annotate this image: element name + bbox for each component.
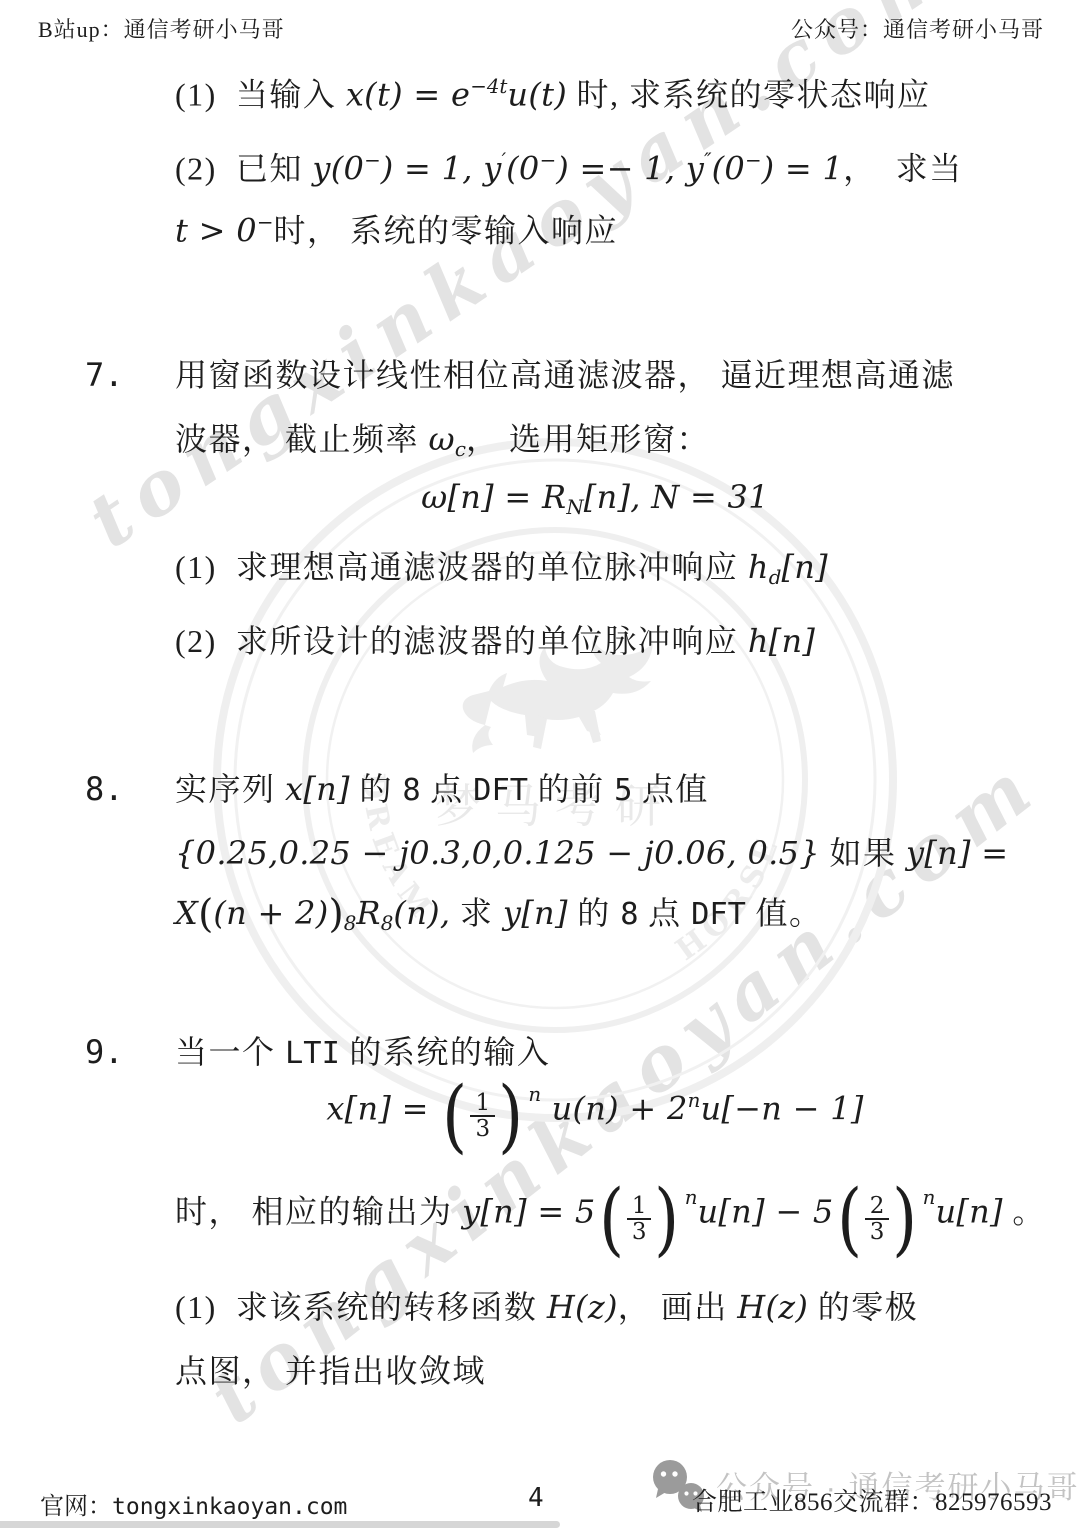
q8-line3: X((n + 2))8R8(n), 求 y[n] 的 8 点 DFT 值。 [175, 890, 822, 941]
q9-formula: x[n] = (13)n u(n) + 2nu[−n − 1] [110, 1082, 1080, 1142]
text-run: u[−n − 1] [700, 1090, 863, 1128]
footer-website: 官网：tongxinkaoyan.com [40, 1486, 347, 1521]
text-run: 时, 求系统的零状态响应 [567, 76, 931, 112]
text-run: x[n] = [326, 1090, 439, 1128]
text-run: X [175, 894, 198, 932]
text-run: (2) 求所设计的滤波器的单位脉冲响应 [175, 623, 748, 659]
text-run: (1) 求理想高通滤波器的单位脉冲响应 [175, 549, 748, 585]
text-run: 7. [85, 355, 175, 397]
q9-line1: 9.当一个 LTI 的系统的输入 [85, 1032, 550, 1074]
text-run: (1) 求该系统的转移函数 [175, 1289, 547, 1325]
text-run: ) [329, 892, 344, 937]
q8-line1: 8.实序列 x[n] 的 8 点 DFT 的前 5 点值 [85, 769, 709, 811]
text-run: − [745, 149, 762, 172]
text-run: u[n] [935, 1193, 1002, 1231]
text-run: 的前 [528, 771, 614, 807]
text-run: 8. [85, 769, 175, 811]
q7-line2: 波器， 截止频率 ωc， 选用矩形窗： [175, 419, 710, 463]
page-number: 4 [528, 1483, 544, 1513]
text-run: ″ [704, 149, 711, 172]
text-run: ( [198, 892, 213, 937]
text-run: (n), [393, 894, 450, 932]
text-run: − [364, 149, 381, 172]
text-run: 8 [620, 897, 638, 932]
text-run: −4t [470, 75, 507, 98]
text-run: H(z) [737, 1288, 808, 1326]
q7-part2: (2) 求所设计的滤波器的单位脉冲响应 h[n] [175, 621, 815, 663]
prev-item-part3: t > 0−时， 系统的零输入响应 [175, 210, 618, 252]
text-run: ) =− 1, y [556, 149, 704, 187]
fraction: (13)n [439, 1082, 541, 1142]
header-left: B站up：通信考研小马哥 [38, 13, 285, 44]
text-run: u[n] − 5 [697, 1193, 833, 1231]
text-run: 波器， 截止频率 [175, 421, 429, 457]
text-run: 8 [344, 912, 357, 935]
text-run: 点值 [632, 771, 709, 807]
text-run: y[n] = 5 [462, 1193, 596, 1231]
text-run: 值。 [746, 895, 823, 931]
text-run: 的零极 [808, 1289, 918, 1325]
text-run: y[n] = [906, 834, 1008, 872]
text-run: y(0 [312, 149, 364, 187]
text-run: u(t) [507, 75, 567, 113]
q8-line2: {0.25,0.25 − j0.3,0,0.125 − j0.06, 0.5} … [175, 833, 1008, 875]
text-run: ω[n] = R [421, 478, 566, 516]
text-run: [n] [781, 548, 827, 586]
text-run: DFT [473, 773, 528, 808]
text-run: N [566, 496, 583, 519]
text-run: 当一个 [175, 1034, 285, 1070]
q7-line1: 7.用窗函数设计线性相位高通滤波器， 逼近理想高通滤 [85, 355, 955, 397]
text-run: H(z) [547, 1288, 618, 1326]
q9-line2: 时， 相应的输出为 y[n] = 5(13)nu[n] − 5(23)nu[n]… [175, 1185, 1046, 1245]
text-run: ) = 1, y [381, 149, 502, 187]
text-run: ) = 1 [762, 149, 844, 187]
text-run: 点 [639, 895, 692, 931]
text-run: u(n) + 2 [541, 1090, 688, 1128]
text-run: 的 [568, 895, 621, 931]
text-run: 9. [85, 1032, 175, 1074]
text-run: x[n] [285, 770, 350, 808]
text-run: DFT [691, 897, 746, 932]
text-run: 时， 相应的输出为 [175, 1194, 462, 1230]
text-run: 5 [614, 773, 632, 808]
text-run: (1) 当输入 [175, 76, 346, 112]
fraction: (13)n [596, 1185, 698, 1245]
q9-part2: 点图， 并指出收敛域 [175, 1351, 486, 1393]
text-run: 时， 系统的零输入响应 [274, 212, 619, 248]
text-run: d [769, 566, 782, 589]
text-run: LTI [285, 1036, 340, 1071]
q7-part1: (1) 求理想高通滤波器的单位脉冲响应 hd[n] [175, 547, 828, 591]
text-run: R [356, 894, 380, 932]
text-run: (n + 2) [213, 894, 328, 932]
exam-page: tongxinkaoyan.com tongxinkaoyan.com DREA… [0, 0, 1080, 1528]
bottom-edge-strip [0, 1521, 560, 1528]
text-run: (0 [712, 149, 745, 187]
text-run: ， 选用矩形窗： [466, 421, 710, 457]
q7-formula: ω[n] = RN[n], N = 31 [110, 477, 1080, 521]
text-run: ， 画出 [618, 1289, 738, 1325]
text-run: 点图， 并指出收敛域 [175, 1353, 486, 1389]
text-run: 求 [450, 895, 503, 931]
text-run: x(t) = e [346, 75, 470, 113]
text-run: c [455, 438, 466, 461]
text-run: − [540, 149, 557, 172]
text-run: 实序列 [175, 771, 285, 807]
footer-group-info: 合肥工业856交流群：825976593 [692, 1482, 1052, 1518]
text-run: 的 [350, 771, 403, 807]
text-run: {0.25,0.25 − j0.3,0,0.125 − j0.06, 0.5} [175, 834, 820, 872]
text-run: h[n] [748, 622, 815, 660]
text-run: 的系统的输入 [340, 1034, 551, 1070]
text-run: 如果 [820, 835, 906, 871]
footer-website-url: tongxinkaoyan.com [112, 1494, 347, 1520]
text-run: ω [429, 420, 455, 458]
text-run: y[n] [503, 894, 568, 932]
text-run: 8 [402, 773, 420, 808]
fraction: (23)n [834, 1185, 936, 1245]
text-run: h [748, 548, 769, 586]
text-run: n [688, 1089, 701, 1112]
text-run: 8 [381, 912, 394, 935]
header-right: 公众号：通信考研小马哥 [791, 13, 1044, 44]
text-run: t > 0 [175, 211, 257, 249]
footer-website-label: 官网： [40, 1494, 112, 1520]
text-run: ， 求当 [843, 150, 963, 186]
prev-item-part2: (2) 已知 y(0−) = 1, y′(0−) =− 1, y″(0−) = … [175, 148, 963, 190]
q9-part1: (1) 求该系统的转移函数 H(z)， 画出 H(z) 的零极 [175, 1287, 918, 1329]
text-run: − [257, 211, 274, 234]
text-run: 用窗函数设计线性相位高通滤波器， 逼近理想高通滤 [175, 357, 955, 393]
text-run: [n], N = 31 [584, 478, 769, 516]
text-run: (0 [506, 149, 539, 187]
text-run: 。 [1003, 1194, 1046, 1230]
text-run: 点 [421, 771, 474, 807]
text-run: (2) 已知 [175, 150, 312, 186]
prev-item-part1: (1) 当输入 x(t) = e−4tu(t) 时, 求系统的零状态响应 [175, 74, 931, 116]
